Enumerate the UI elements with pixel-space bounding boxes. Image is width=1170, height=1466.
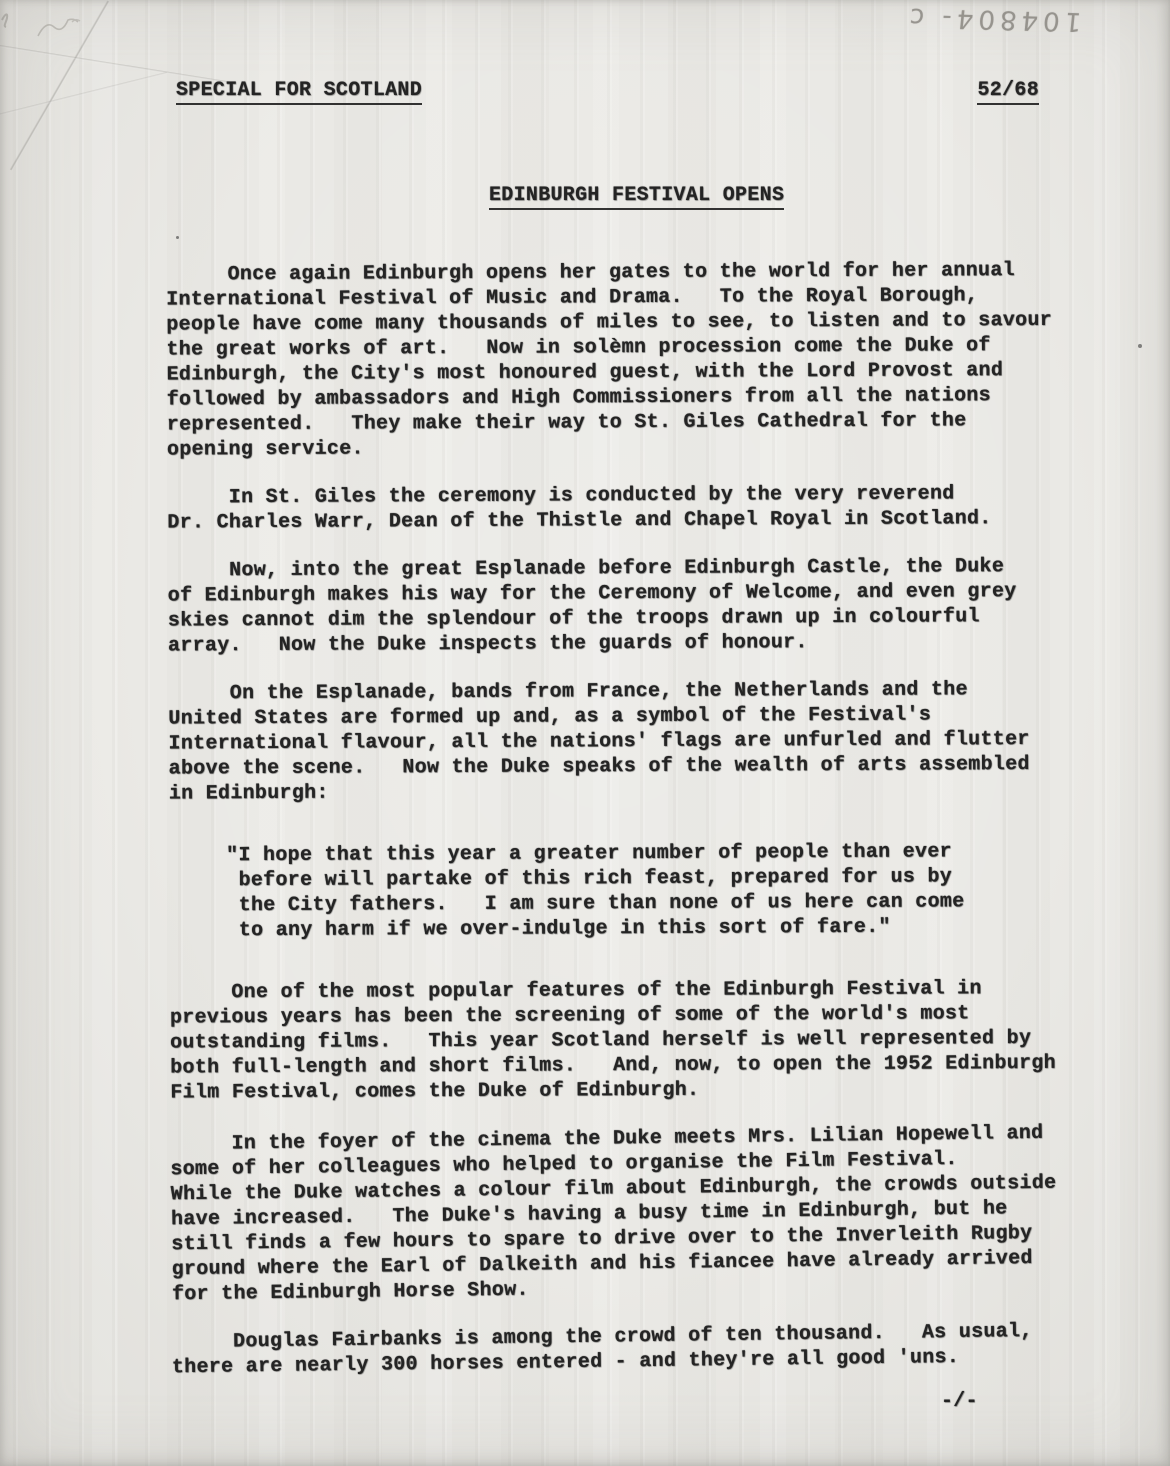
paper-crease bbox=[0, 72, 167, 122]
reference-number: 52/68 bbox=[977, 79, 1039, 105]
handwritten-archive-number: 104804- c bbox=[887, 1, 1100, 37]
paragraph-film-festival: One of the most popular features of the … bbox=[170, 975, 1131, 1105]
paragraph-douglas-fairbanks: Douglas Fairbanks is among the crowd of … bbox=[171, 1318, 1132, 1381]
paragraph-st-giles: In St. Giles the ceremony is conducted b… bbox=[167, 480, 1127, 535]
pencil-scribble bbox=[0, 6, 130, 50]
document-header: SPECIAL FOR SCOTLAND 52/68 bbox=[176, 79, 1039, 105]
paragraph-opening: Once again Edinburgh opens her gates to … bbox=[166, 257, 1127, 462]
paragraph-esplanade: Now, into the great Esplanade before Edi… bbox=[168, 553, 1129, 658]
document-body: Once again Edinburgh opens her gates to … bbox=[166, 257, 1132, 1399]
page-title: EDINBURGH FESTIVAL OPENS bbox=[489, 184, 784, 210]
page-title-wrap: EDINBURGH FESTIVAL OPENS bbox=[489, 184, 784, 210]
paragraph-bands: On the Esplanade, bands from France, the… bbox=[168, 676, 1129, 806]
classification-heading: SPECIAL FOR SCOTLAND bbox=[176, 79, 422, 105]
paragraph-cinema-foyer: In the foyer of the cinema the Duke meet… bbox=[170, 1120, 1132, 1308]
ink-speck bbox=[1138, 344, 1142, 348]
document-page: 104804- c SPECIAL FOR SCOTLAND 52/68 EDI… bbox=[0, 0, 1170, 1466]
duke-quote: "I hope that this year a greater number … bbox=[226, 838, 1130, 943]
page-continuation-mark: -/- bbox=[941, 1390, 978, 1413]
ink-speck bbox=[176, 236, 179, 239]
